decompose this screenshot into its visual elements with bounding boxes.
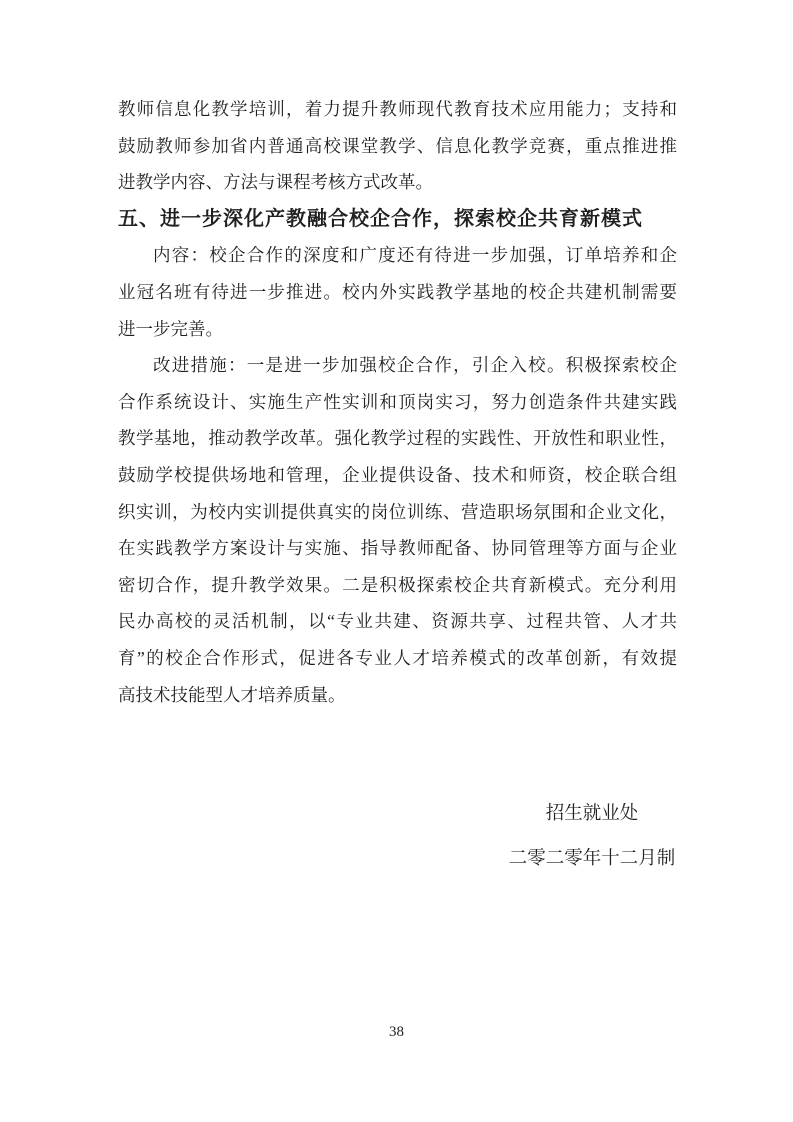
paragraph: 教师信息化教学培训，着力提升教师现代教育技术应用能力；支持和鼓励教师参加省内普通… bbox=[118, 91, 677, 201]
text-line: 五、进一步深化产教融合校企合作，探索校企共育新模式 bbox=[118, 201, 677, 238]
text-line: 内容：校企合作的深度和广度还有待进一步加强，订单培养和企 bbox=[118, 237, 677, 274]
document-body: 教师信息化教学培训，着力提升教师现代教育技术应用能力；支持和鼓励教师参加省内普通… bbox=[118, 91, 677, 713]
paragraph: 改进措施：一是进一步加强校企合作，引企入校。积极探索校企合作系统设计、实施生产性… bbox=[118, 347, 677, 713]
text-line: 密切合作，提升教学效果。二是积极探索校企共育新模式。充分利用 bbox=[118, 567, 677, 604]
text-line: 合作系统设计、实施生产性实训和顶岗实习，努力创造条件共建实践 bbox=[118, 384, 677, 421]
text-line: 织实训，为校内实训提供真实的岗位训练、营造职场氛围和企业文化， bbox=[118, 494, 677, 531]
text-line: 民办高校的灵活机制，以“专业共建、资源共享、过程共管、人才共 bbox=[118, 603, 677, 640]
text-line: 进一步完善。 bbox=[118, 311, 677, 348]
section-heading: 五、进一步深化产教融合校企合作，探索校企共育新模式 bbox=[118, 201, 677, 238]
signature-date: 二零二零年十二月制 bbox=[506, 837, 678, 882]
page-number: 38 bbox=[0, 1024, 793, 1040]
text-line: 业冠名班有待进一步推进。校内外实践教学基地的校企共建机制需要 bbox=[118, 274, 677, 311]
signature-block: 招生就业处 二零二零年十二月制 bbox=[506, 792, 678, 882]
text-line: 在实践教学方案设计与实施、指导教师配备、协同管理等方面与企业 bbox=[118, 530, 677, 567]
text-line: 改进措施：一是进一步加强校企合作，引企入校。积极探索校企 bbox=[118, 347, 677, 384]
signature-department: 招生就业处 bbox=[506, 792, 678, 837]
document-page: 教师信息化教学培训，着力提升教师现代教育技术应用能力；支持和鼓励教师参加省内普通… bbox=[0, 0, 793, 1122]
text-line: 高技术技能型人才培养质量。 bbox=[118, 677, 677, 714]
text-line: 教学基地，推动教学改革。强化教学过程的实践性、开放性和职业性， bbox=[118, 420, 677, 457]
text-line: 鼓励教师参加省内普通高校课堂教学、信息化教学竞赛，重点推进推 bbox=[118, 128, 677, 165]
paragraph: 内容：校企合作的深度和广度还有待进一步加强，订单培养和企业冠名班有待进一步推进。… bbox=[118, 237, 677, 347]
text-line: 教师信息化教学培训，着力提升教师现代教育技术应用能力；支持和 bbox=[118, 91, 677, 128]
text-line: 育”的校企合作形式，促进各专业人才培养模式的改革创新，有效提 bbox=[118, 640, 677, 677]
text-line: 进教学内容、方法与课程考核方式改革。 bbox=[118, 164, 677, 201]
text-line: 鼓励学校提供场地和管理，企业提供设备、技术和师资，校企联合组 bbox=[118, 457, 677, 494]
